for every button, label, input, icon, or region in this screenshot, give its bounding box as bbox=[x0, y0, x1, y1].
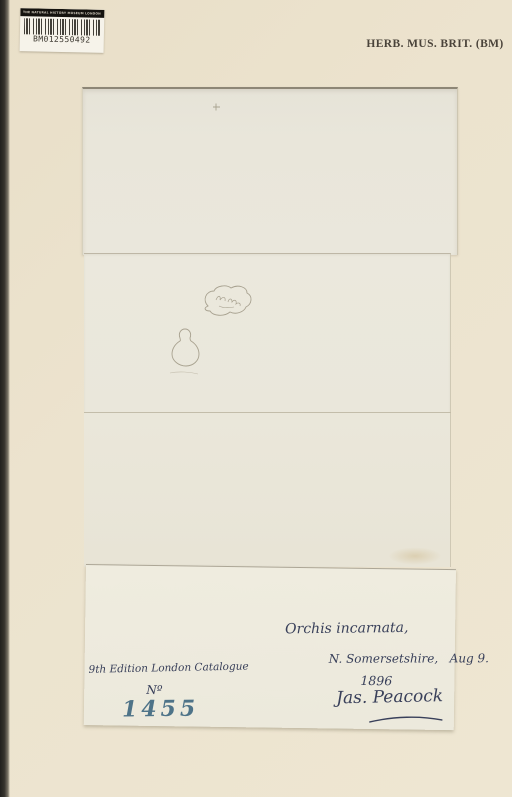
sheet-fold-bottom: Orchis incarnata, N. Somersetshire, Aug … bbox=[84, 564, 456, 730]
herbarium-stamp: HERB. MUS. BRIT. (BM) bbox=[360, 38, 510, 50]
catalogue-edition: 9th Edition London Catalogue bbox=[88, 660, 248, 675]
catalogue-no-label: Nº bbox=[146, 683, 162, 697]
museum-banner-text: THE NATURAL HISTORY MUSEUM LONDON bbox=[23, 10, 101, 15]
sheet-fold-upper-middle bbox=[84, 253, 451, 413]
museum-banner: THE NATURAL HISTORY MUSEUM LONDON bbox=[20, 8, 104, 18]
collector-signature: Jas. Peacock bbox=[336, 686, 443, 708]
barcode-label: THE NATURAL HISTORY MUSEUM LONDON BM0125… bbox=[20, 8, 105, 53]
barcode-icon bbox=[24, 18, 100, 36]
locality-date: N. Somersetshire, Aug 9. bbox=[329, 651, 489, 666]
sheet-fold-lower-middle bbox=[84, 412, 451, 567]
collection-year: 1896 bbox=[360, 673, 392, 688]
paper-stain bbox=[388, 547, 442, 565]
species-name: Orchis incarnata, bbox=[285, 620, 408, 638]
catalogue-number: 1455 bbox=[122, 696, 200, 723]
sheet-fold-top bbox=[82, 87, 458, 255]
barcode-number: BM012550492 bbox=[20, 34, 104, 46]
scan-edge-shadow bbox=[0, 0, 10, 797]
